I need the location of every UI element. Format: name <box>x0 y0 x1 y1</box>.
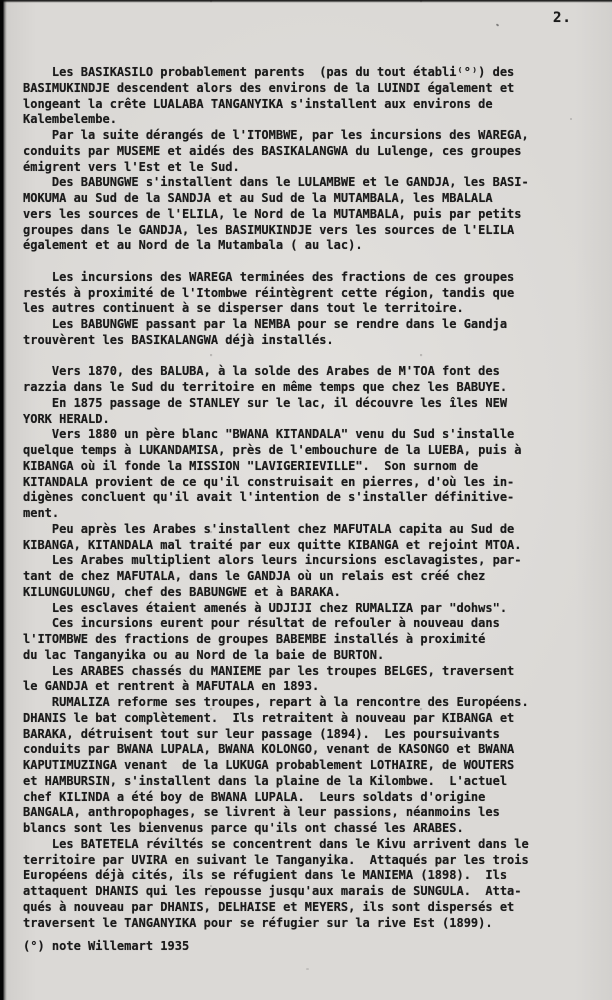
text-line: Vers 1880 un père blanc "BWANA KITANDALA… <box>23 427 598 443</box>
text-line: conduits par BWANA LUPALA, BWANA KOLONGO… <box>23 742 598 758</box>
text-line: Les BATETELA réviltés se concentrent dan… <box>23 837 598 853</box>
text-line: Ces incursions eurent pour résultat de r… <box>23 616 598 632</box>
scan-edge-left <box>0 0 7 1000</box>
text-line: Des BABUNGWE s'installent dans le LULAMB… <box>23 175 598 191</box>
text-line: qués à nouveau par DHANIS, DELHAISE et M… <box>23 900 598 916</box>
text-line: RUMALIZA reforme ses troupes, repart à l… <box>23 695 598 711</box>
text-line: BANGALA, anthropophages, se livrent à le… <box>23 805 598 821</box>
text-line: Les ARABES chassés du MANIEME par les tr… <box>23 664 598 680</box>
text-line: attaquent DHANIS qui les repousse jusqu'… <box>23 884 598 900</box>
text-line: KILUNGULUNGU, chef des BABUNGWE et à BAR… <box>23 585 598 601</box>
text-line: émigrent vers l'Est et le Sud. <box>23 160 598 176</box>
text-line: l'ITOMBWE des fractions de groupes BABEM… <box>23 632 598 648</box>
text-line: conduits par MUSEME et aidés des BASIKAL… <box>23 144 598 160</box>
text-line: En 1875 passage de STANLEY sur le lac, i… <box>23 396 598 412</box>
text-line: digènes concluent qu'il avait l'intentio… <box>23 490 598 506</box>
text-line: vers les sources de l'ELILA, le Nord de … <box>23 207 598 223</box>
text-line: KIBANGA, KITANDALA mal traité par eux qu… <box>23 538 598 554</box>
text-line: le GANDJA et rentrent à MAFUTALA en 1893… <box>23 679 598 695</box>
text-line: restés à proximité de l'Itombwe réintègr… <box>23 286 598 302</box>
text-line: Vers 1870, des BALUBA, à la solde des Ar… <box>23 364 598 380</box>
text-line: Les Arabes multiplient alors leurs incur… <box>23 553 598 569</box>
text-line: du lac Tanganyika ou au Nord de la baie … <box>23 648 598 664</box>
text-line: Les esclaves étaient amenés à UDJIJI che… <box>23 601 598 617</box>
text-line: également et au Nord de la Mutambala ( a… <box>23 238 598 254</box>
text-line: tant de chez MAFUTALA, dans le GANDJA où… <box>23 569 598 585</box>
document-body-text: Les BASIKASILO probablement parents (pas… <box>23 65 598 931</box>
scanned-document-page: 2. Les BASIKASILO probablement parents (… <box>0 0 612 1000</box>
text-line: et HAMBURSIN, s'installent dans la plain… <box>23 774 598 790</box>
text-line: YORK HERALD. <box>23 412 598 428</box>
footnote: (°) note Willemart 1935 <box>23 939 189 953</box>
text-line: ment. <box>23 506 598 522</box>
text-line: KITANDALA provient de ce qu'il construis… <box>23 475 598 491</box>
text-line: MOKUMA au Sud de la SANDJA et au Sud de … <box>23 191 598 207</box>
text-line: Européens déjà cités, ils se réfugient d… <box>23 868 598 884</box>
text-line: Kalembelembe. <box>23 112 598 128</box>
scan-edge-top <box>0 0 612 3</box>
text-line: Les BABUNGWE passant par la NEMBA pour s… <box>23 317 598 333</box>
text-line: blancs sont les bienvenus parce qu'ils o… <box>23 821 598 837</box>
scan-speckle <box>306 968 309 970</box>
text-line: chef KILINDA a été boy de BWANA LUPALA. … <box>23 790 598 806</box>
text-line: Les incursions des WAREGA terminées des … <box>23 270 598 286</box>
text-line: quelque temps à LUKANDAMISA, près de l'e… <box>23 443 598 459</box>
text-line: BARAKA, détruisent tout sur leur passage… <box>23 727 598 743</box>
text-line: BASIMUKINDJE descendent alors des enviro… <box>23 81 598 97</box>
text-line: Peu après les Arabes s'installent chez M… <box>23 522 598 538</box>
text-line: KIBANGA où il fonde la MISSION "LAVIGERI… <box>23 459 598 475</box>
text-line: Par la suite dérangés de l'ITOMBWE, par … <box>23 128 598 144</box>
text-line: DHANIS le bat complètement. Ils retraite… <box>23 711 598 727</box>
text-line: traversent le TANGANYIKA pour se réfugie… <box>23 916 598 932</box>
blank-line <box>23 349 598 365</box>
scan-speckle <box>496 23 500 26</box>
text-line: KAPUTIMUZINGA venant de la LUKUGA probab… <box>23 758 598 774</box>
text-line: trouvèrent les BASIKALANGWA déjà install… <box>23 333 598 349</box>
text-line: territoire par UVIRA en suivant le Tanga… <box>23 853 598 869</box>
text-line: les autres continuent à se disperser dan… <box>23 301 598 317</box>
page-number: 2. <box>553 10 572 26</box>
text-line: groupes dans le GANDJA, les BASIMUKINDJE… <box>23 223 598 239</box>
text-line: longeant la crête LUALABA TANGANYIKA s'i… <box>23 97 598 113</box>
text-line: Les BASIKASILO probablement parents (pas… <box>23 65 598 81</box>
blank-line <box>23 254 598 270</box>
text-line: razzia dans le Sud du territoire en même… <box>23 380 598 396</box>
